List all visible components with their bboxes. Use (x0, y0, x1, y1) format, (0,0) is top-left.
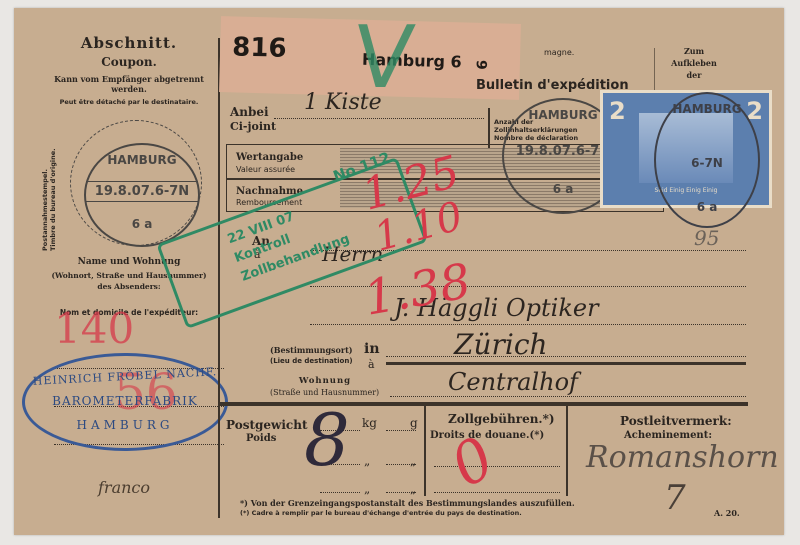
label-extra: 9 (473, 60, 489, 70)
stamp-cancel-date: 6-7N (656, 156, 758, 170)
sender-stamp-line1: HEINRICH FRÖBEL NACHF. (25, 365, 225, 388)
affix-label-3: der (664, 69, 724, 81)
wohnung-value: Centralhof (448, 368, 578, 396)
postgewicht-label-fr: Poids (246, 433, 276, 444)
destination-underline (386, 362, 746, 365)
zoll-divider-right (566, 406, 568, 496)
affix-label-2: Aufkleben (664, 57, 724, 69)
origin-stamp-label-de: Postannahmestempel. (41, 121, 49, 251)
affix-label-1: Zum (664, 45, 724, 57)
g-line (386, 430, 416, 431)
anbei-label: Anbei (230, 105, 269, 119)
origin-stamp-label-fr: Timbre du bureau d'origine. (49, 121, 57, 251)
postleit-number: 7 (664, 478, 686, 518)
origin-postmark: HAMBURG 19.8.07.6-7N 6 a (84, 143, 200, 247)
anbei-label-fr: Ci-joint (230, 120, 276, 133)
form-number: A. 20. (714, 508, 740, 518)
g-label: g (410, 416, 418, 430)
ditto-kg-2: „ (364, 454, 370, 468)
coupon-note-fr: Peut être détaché par le destinataire. (44, 98, 214, 106)
in-label-fr: à (368, 358, 375, 371)
sender-stamp: HEINRICH FRÖBEL NACHF. BAROMETERFABRIK H… (22, 353, 228, 451)
stamp-cancel-city: HAMBURG (656, 102, 758, 116)
coupon-subtitle: Coupon. (54, 55, 204, 69)
ditto-g-2: „ (410, 454, 416, 468)
postleit-label: Postleitvermerk: (620, 414, 732, 428)
origin-postmark-date: 19.8.07.6-7N (86, 181, 198, 202)
wohnung-label-2: (Straße und Hausnummer) (270, 388, 379, 397)
kg-line-3 (320, 492, 360, 493)
postgewicht-label: Postgewicht (226, 418, 308, 432)
stamp-denomination-left: 2 (609, 97, 626, 125)
ditto-g-3: „ (410, 482, 416, 496)
anbei-value: 1 Kiste (304, 90, 382, 115)
anbei-line (274, 118, 484, 119)
wohnung-line (390, 396, 746, 397)
wertangabe-label: Wertangabe (236, 152, 303, 163)
zoll-divider-left (424, 406, 426, 496)
in-label: in (364, 341, 380, 357)
coupon-title: Abschnitt. (54, 34, 204, 52)
destination-label-fr: (Lieu de destination) (270, 357, 353, 365)
destination-line (386, 356, 746, 357)
postleit-value: Romanshorn (586, 440, 779, 475)
coupon-red-number-1: 140 (54, 304, 134, 353)
coupon-note-de: Kann vom Empfänger abgetrennt werden. (44, 74, 214, 94)
wohnung-label: Wohnung (270, 376, 380, 386)
footnote-de: *) Von der Grenzeingangspostanstalt des … (240, 498, 575, 508)
country-fragment: magne. (544, 48, 574, 57)
origin-stamp-label: Postannahmestempel. Timbre du bureau d'o… (41, 121, 57, 251)
sender-stamp-line2: BAROMETERFABRIK (25, 394, 225, 408)
stamp-cancel-postmark: HAMBURG 6-7N 6 a (654, 92, 760, 228)
destination-label: (Bestimmungsort) (270, 345, 353, 355)
origin-postmark-office: 6 a (86, 217, 198, 231)
destination-value: Zürich (454, 328, 548, 361)
pencil-number: 95 (694, 226, 719, 250)
ditto-kg-3: „ (364, 482, 370, 496)
kg-label: kg (362, 416, 377, 430)
footnote-fr: (*) Cadre à remplir par le bureau d'écha… (240, 509, 522, 517)
sender-stamp-line3: HAMBURG (25, 418, 225, 432)
zoll-line-2 (434, 492, 560, 493)
affix-label: Zum Aufkleben der (664, 45, 724, 81)
label-number: 816 (232, 32, 287, 63)
parcel-card: Abschnitt. Coupon. Kann vom Empfänger ab… (14, 8, 784, 535)
origin-postmark-city: HAMBURG (86, 153, 198, 167)
wertangabe-label-fr: Valeur assurée (236, 165, 295, 174)
franco-note: franco (98, 478, 150, 497)
weight-value: 8 (304, 398, 350, 482)
bottom-section-rule (220, 402, 748, 406)
zoll-label: Zollgebühren.*) (448, 412, 555, 426)
stamp-cancel-office: 6 a (656, 200, 758, 214)
